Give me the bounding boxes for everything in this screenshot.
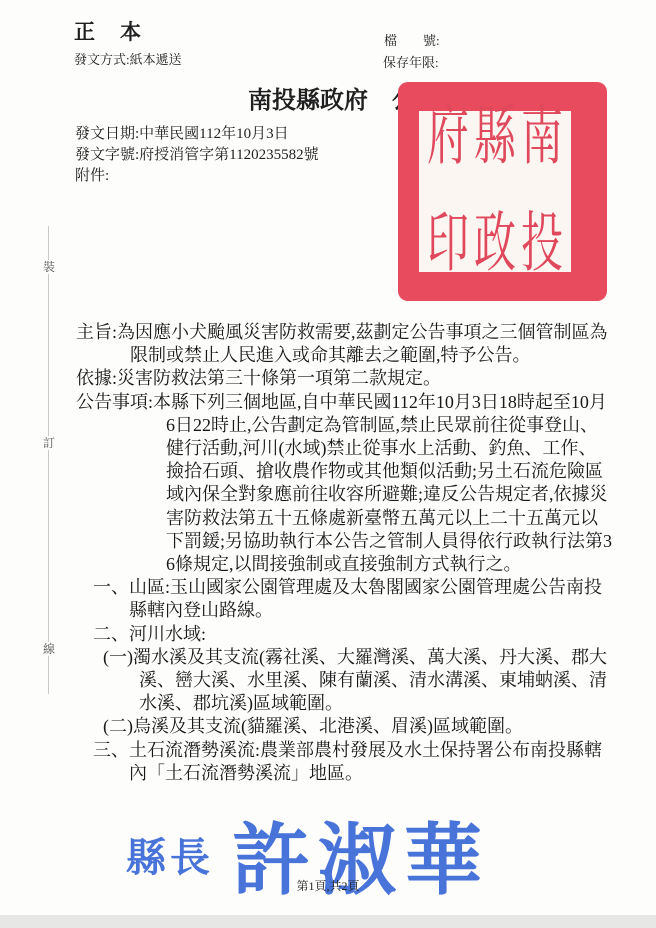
scan-edge-strip [0, 915, 656, 928]
subitem-label: (一) [103, 647, 133, 667]
binding-mark-zhuang: 裝 [41, 260, 57, 274]
document-page: 正 本 發文方式:紙本遞送 檔 號: 保存年限: 南投縣政府 公告 發文日期:中… [0, 0, 656, 928]
official-seal: 南 投 縣 政 府 印 [398, 82, 607, 301]
item-text: 河川水域: [129, 624, 206, 644]
seal-column-left: 府 印 [427, 117, 469, 266]
seal-character: 縣 [474, 105, 516, 170]
seal-character: 印 [427, 212, 469, 277]
file-number-label: 檔 號: [384, 30, 440, 49]
binding-mark-xian: 線 [41, 642, 57, 656]
list-item-1: 一、山區:玉山國家公園管理處及太魯閣國家公園管理處公告南投縣轄內登山路線。 [93, 576, 613, 622]
copy-type-label: 正 本 [74, 16, 143, 46]
item-label: 一、 [93, 577, 129, 597]
seal-column-right: 南 投 [521, 117, 563, 266]
list-subitem-2-2: (二)烏溪及其支流(貓羅溪、北港溪、眉溪)區域範圍。 [103, 715, 613, 738]
subitem-label: (二) [103, 716, 133, 736]
seal-character: 南 [521, 105, 563, 170]
seal-character: 投 [521, 212, 563, 277]
attachment-label: 附件: [75, 164, 109, 185]
signature-title: 縣長 [126, 826, 214, 883]
subitem-text: 烏溪及其支流(貓羅溪、北港溪、眉溪)區域範圍。 [133, 716, 523, 736]
issue-number: 發文字號:府授消管字第1120235582號 [75, 143, 319, 164]
list-item-3: 三、土石流潛勢溪流:農業部農村發展及水土保持署公布南投縣轄內「土石流潛勢溪流」地… [93, 739, 613, 785]
list-item-2: 二、河川水域: [93, 623, 613, 646]
item-label: 二、 [93, 624, 129, 644]
item-text: 土石流潛勢溪流:農業部農村發展及水土保持署公布南投縣轄內「土石流潛勢溪流」地區。 [129, 740, 602, 783]
issue-date: 發文日期:中華民國112年10月3日 [75, 122, 289, 143]
basis-label: 依據: [76, 368, 117, 388]
seal-character: 政 [474, 212, 516, 277]
binding-line [48, 226, 49, 694]
item-label: 三、 [93, 740, 129, 760]
subject-label: 主旨: [76, 322, 117, 342]
announcement-text: 本縣下列三個地區,自中華民國112年10月3日18時起至10月6日22時止,公告… [153, 392, 612, 574]
delivery-method-label: 發文方式:紙本遞送 [74, 49, 182, 68]
subitem-text: 濁水溪及其支流(霧社溪、大羅灣溪、萬大溪、丹大溪、郡大溪、巒大溪、水里溪、陳有蘭… [133, 647, 607, 713]
page-number: 第1頁,共2頁 [0, 877, 656, 894]
subject-paragraph: 主旨:為因應小犬颱風災害防救需要,茲劃定公告事項之三個管制區為限制或禁止人民進入… [76, 321, 613, 367]
seal-column-middle: 縣 政 [474, 117, 516, 266]
seal-character: 府 [427, 105, 469, 170]
item-text: 山區:玉山國家公園管理處及太魯閣國家公園管理處公告南投縣轄內登山路線。 [129, 577, 602, 620]
basis-text: 災害防救法第三十條第一項第二款規定。 [117, 368, 441, 388]
official-seal-face: 南 投 縣 政 府 印 [419, 111, 571, 272]
announcement-body: 主旨:為因應小犬颱風災害防救需要,茲劃定公告事項之三個管制區為限制或禁止人民進入… [76, 321, 613, 785]
binding-mark-ding: 訂 [41, 436, 57, 450]
subject-text: 為因應小犬颱風災害防救需要,茲劃定公告事項之三個管制區為限制或禁止人民進入或命其… [117, 322, 608, 365]
retention-period-label: 保存年限: [383, 52, 439, 71]
list-subitem-2-1: (一)濁水溪及其支流(霧社溪、大羅灣溪、萬大溪、丹大溪、郡大溪、巒大溪、水里溪、… [103, 646, 613, 716]
announcement-label: 公告事項: [76, 392, 153, 412]
announcement-paragraph: 公告事項:本縣下列三個地區,自中華民國112年10月3日18時起至10月6日22… [76, 391, 613, 577]
basis-paragraph: 依據:災害防救法第三十條第一項第二款規定。 [76, 367, 613, 390]
